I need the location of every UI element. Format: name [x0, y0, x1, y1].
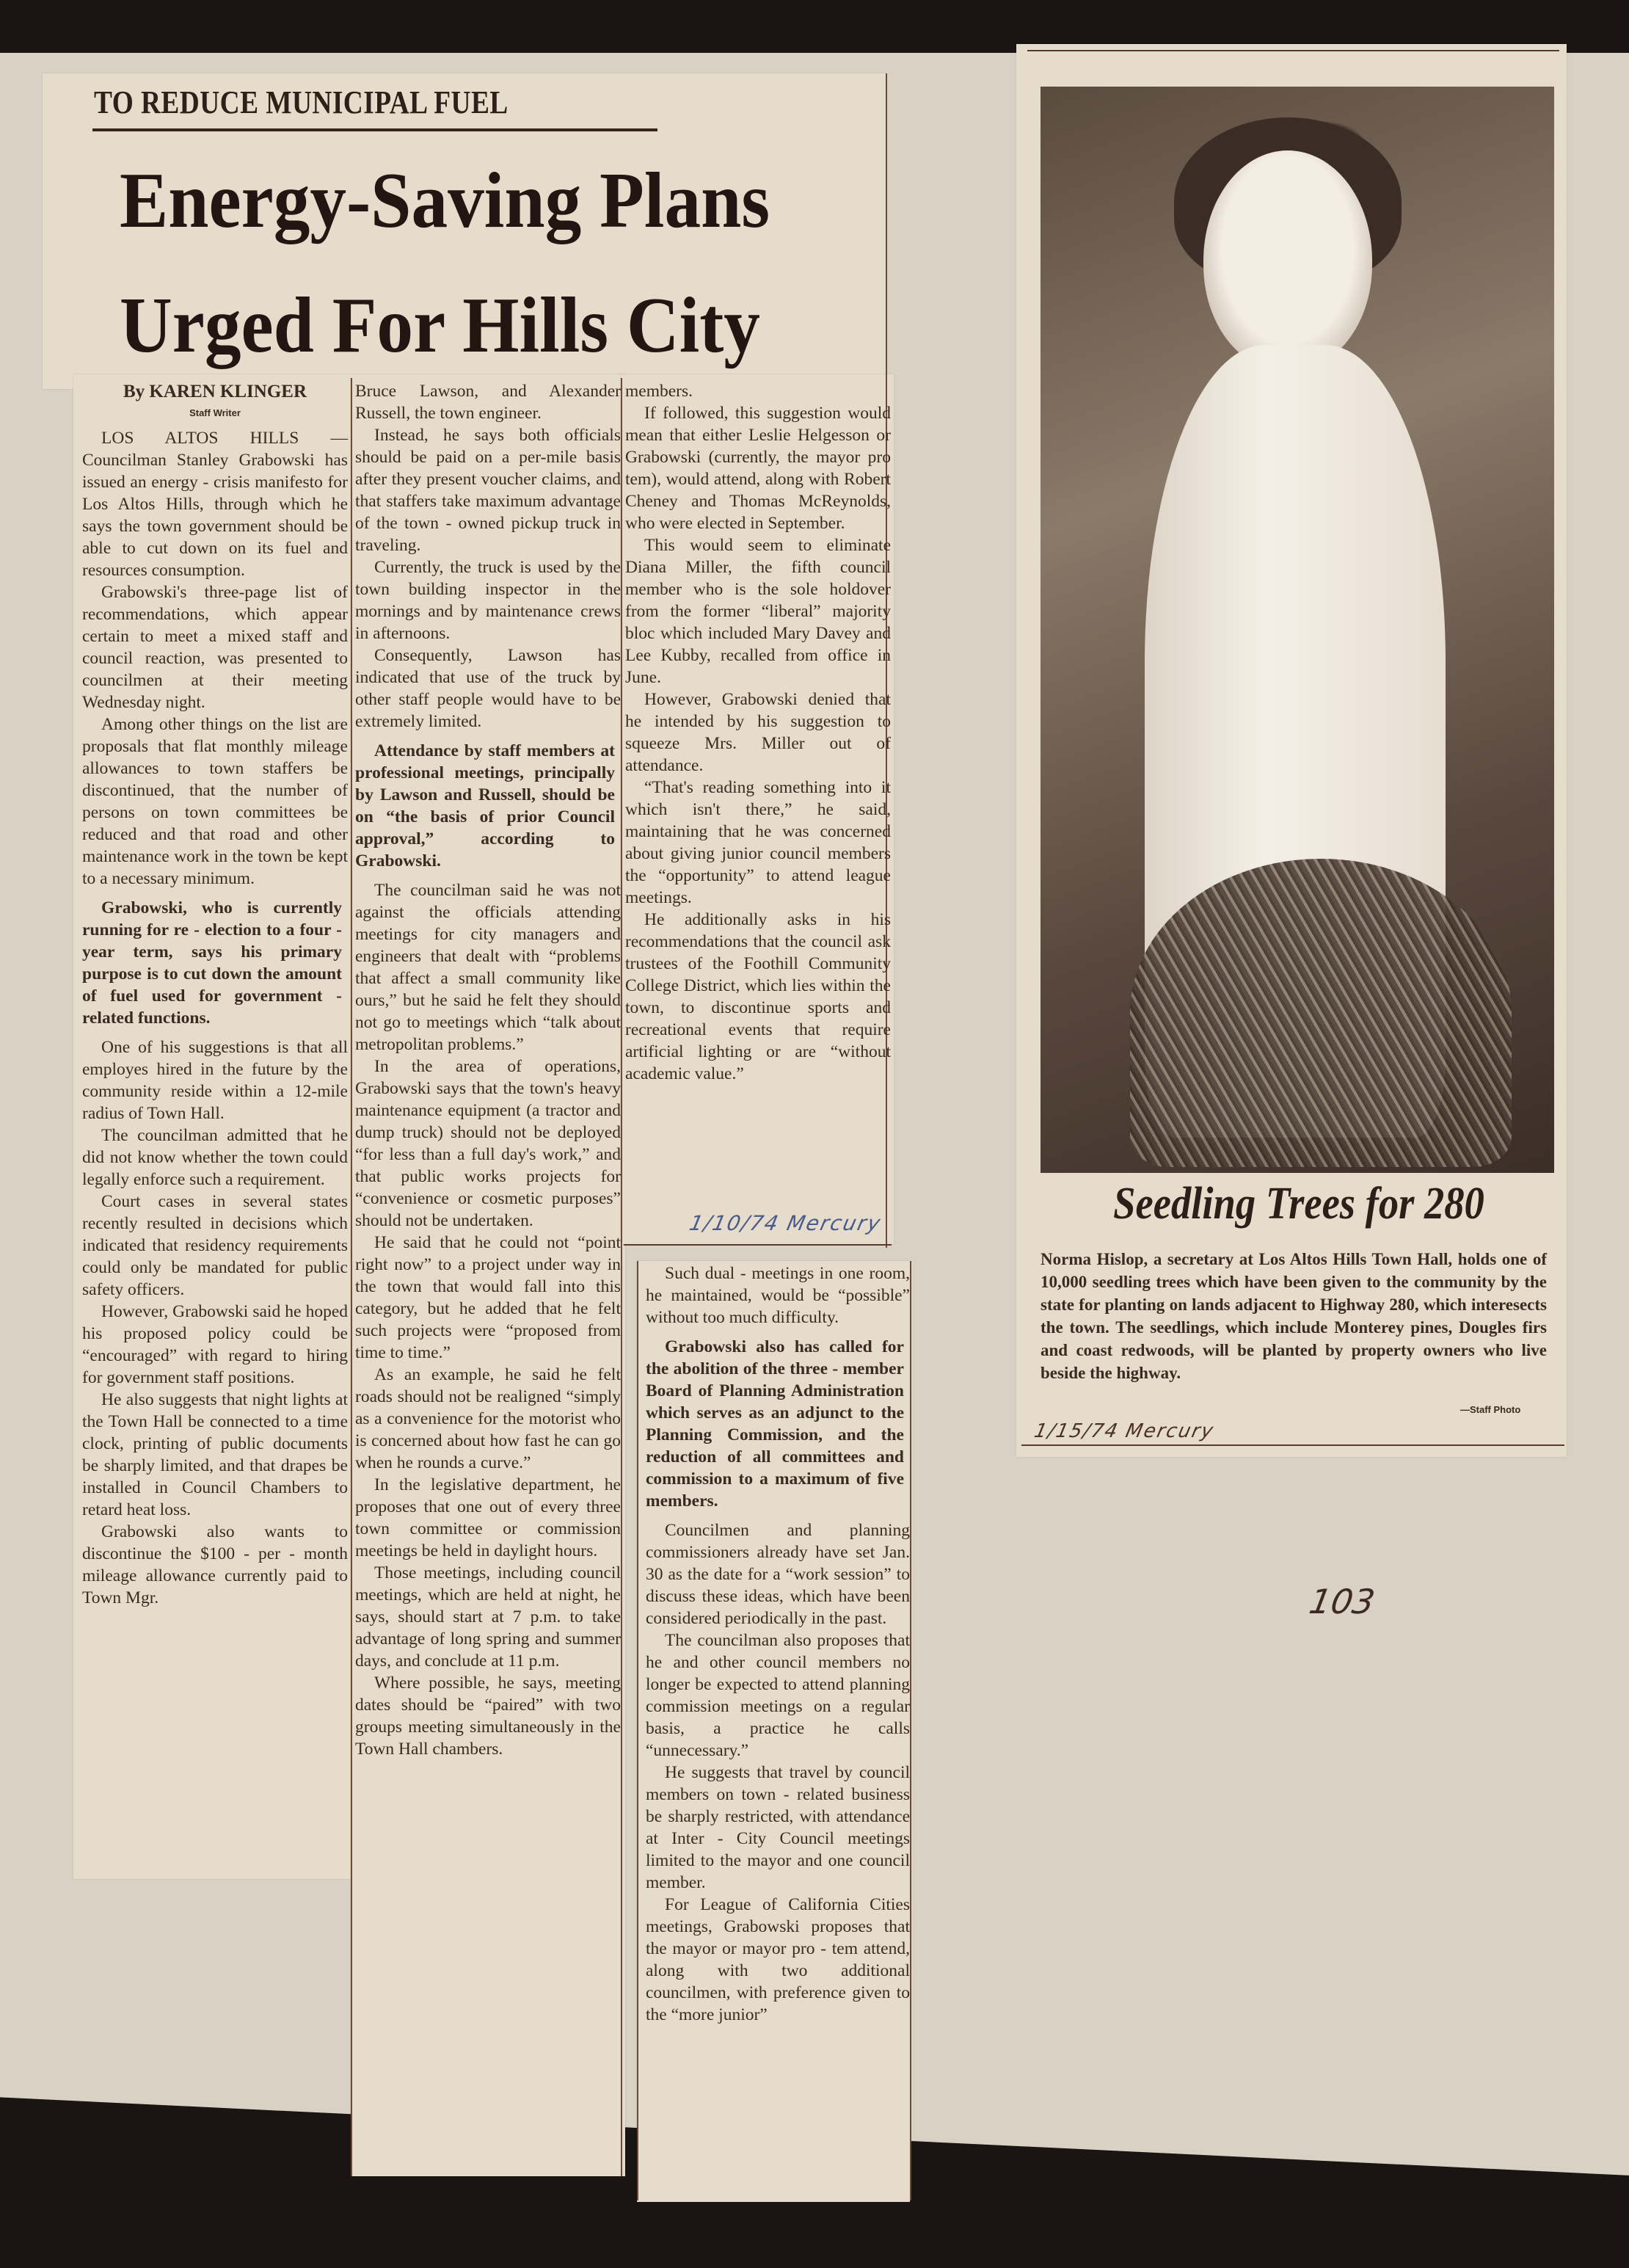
article-column-3: members. If followed, this suggestion wo… — [625, 380, 891, 1085]
paragraph: He suggests that travel by council membe… — [646, 1762, 910, 1894]
article-kicker: TO REDUCE MUNICIPAL FUEL — [94, 84, 509, 121]
paragraph: Those meetings, including council meetin… — [355, 1562, 621, 1672]
headline-line-2: Urged For Hills City — [120, 286, 760, 366]
paragraph: This would seem to eliminate Diana Mille… — [625, 534, 891, 688]
paragraph: Grabowski also wants to discontinue the … — [82, 1521, 348, 1609]
caption-bottom-rule — [1021, 1444, 1564, 1446]
photo-caption-title: Seedling Trees for 280 — [1082, 1178, 1515, 1230]
paragraph: However, Grabowski said he hoped his pro… — [82, 1301, 348, 1389]
bold-paragraph: Attendance by staff members at professio… — [355, 740, 621, 872]
column-divider — [910, 1261, 911, 2200]
paragraph: Instead, he says both officials should b… — [355, 424, 621, 556]
handwritten-date-note: 1/15/74 Mercury — [1032, 1420, 1217, 1442]
paragraph: Among other things on the list are propo… — [82, 713, 348, 890]
paragraph: “That's reading something into it which … — [625, 777, 891, 909]
photo-caption-text: Norma Hislop, a secretary at Los Altos H… — [1041, 1248, 1547, 1384]
column-divider — [637, 1261, 638, 2200]
handwritten-page-number: 103 — [1306, 1582, 1377, 1621]
paragraph: Such dual - meetings in one room, he mai… — [646, 1262, 910, 1329]
paragraph: If followed, this suggestion would mean … — [625, 402, 891, 534]
paragraph: Grabowski's three-page list of recommend… — [82, 581, 348, 713]
paragraph: In the legislative department, he propos… — [355, 1474, 621, 1562]
paragraph: He said that he could not “point right n… — [355, 1232, 621, 1364]
photo-top-rule — [1027, 50, 1559, 51]
article-column-4: Such dual - meetings in one room, he mai… — [646, 1262, 910, 2026]
paragraph: For League of California Cities meetings… — [646, 1894, 910, 2026]
column-divider — [351, 378, 352, 2176]
handwritten-source-note: 1/10/74 Mercury — [687, 1211, 883, 1235]
article-column-1: By KAREN KLINGER Staff Writer LOS ALTOS … — [82, 382, 348, 1609]
article-column-2: Bruce Lawson, and Alexander Russell, the… — [355, 380, 621, 1760]
article-header-clipping: TO REDUCE MUNICIPAL FUEL Energy-Saving P… — [43, 73, 886, 389]
paragraph: The councilman admitted that he did not … — [82, 1124, 348, 1191]
paragraph: Consequently, Lawson has indicated that … — [355, 644, 621, 733]
paragraph: However, Grabowski denied that he intend… — [625, 688, 891, 777]
bold-paragraph: Grabowski, who is currently running for … — [82, 897, 348, 1029]
paragraph: The councilman said he was not against t… — [355, 879, 621, 1055]
paragraph: As an example, he said he felt roads sho… — [355, 1364, 621, 1474]
photo-figure-face — [1203, 150, 1372, 371]
paragraph: He also suggests that night lights at th… — [82, 1389, 348, 1521]
column-divider — [621, 378, 622, 2176]
byline: By KAREN KLINGER — [82, 382, 348, 402]
headline-line-1: Energy-Saving Plans — [120, 161, 770, 241]
photo-pine-shrub — [1130, 859, 1512, 1167]
column-end-rule — [624, 1244, 892, 1246]
paragraph: members. — [625, 380, 891, 402]
paragraph: LOS ALTOS HILLS — Councilman Stanley Gra… — [82, 427, 348, 581]
paragraph: Where possible, he says, meeting dates s… — [355, 1672, 621, 1760]
paragraph: In the area of operations, Grabowski say… — [355, 1055, 621, 1232]
paragraph: Bruce Lawson, and Alexander Russell, the… — [355, 380, 621, 424]
bold-paragraph: Grabowski also has called for the abolit… — [646, 1336, 910, 1512]
paragraph: One of his suggestions is that all emplo… — [82, 1036, 348, 1124]
paragraph: The councilman also proposes that he and… — [646, 1629, 910, 1762]
paragraph: Court cases in several states recently r… — [82, 1191, 348, 1301]
kicker-underline — [92, 128, 657, 131]
paragraph: He additionally asks in his recommendati… — [625, 909, 891, 1085]
paragraph: Councilmen and planning commissioners al… — [646, 1519, 910, 1629]
paragraph: Currently, the truck is used by the town… — [355, 556, 621, 644]
byline-role: Staff Writer — [82, 402, 348, 424]
photo-credit: —Staff Photo — [1460, 1404, 1520, 1415]
